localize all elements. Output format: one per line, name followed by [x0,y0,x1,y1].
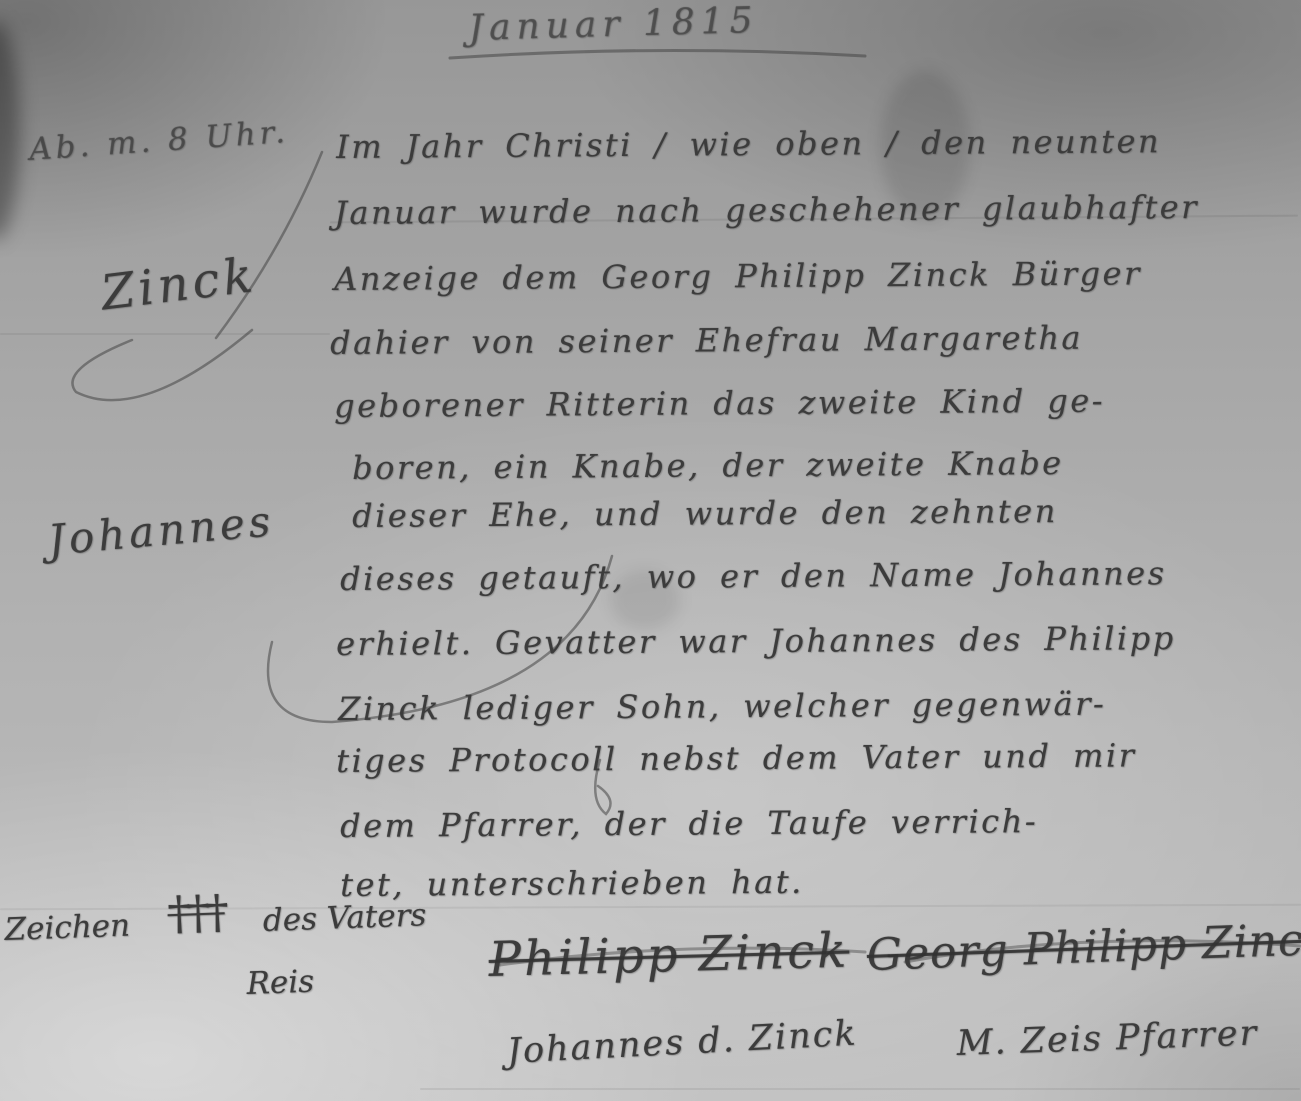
entry-line: boren, ein Knabe, der zweite Knabe [352,444,1064,487]
entry-line: Im Jahr Christi / wie oben / den neunten [336,122,1161,166]
entry-line: dem Pfarrer, der die Taufe verrich- [340,802,1038,845]
signature-godfather: Johannes d. Zinck [506,1014,859,1072]
margin-given-name: Johannes [46,496,276,565]
entry-line: geborener Ritterin das zweite Kind ge- [334,382,1105,425]
entry-line: erhielt. Gevatter war Johannes des Phili… [336,619,1176,663]
father-mark-note: Reis [246,964,315,1002]
scanned-register-page: Januar 1815 Ab. m. 8 Uhr. Zinck Johannes… [0,0,1301,1101]
entry-line: tiges Protocoll nebst dem Vater und mir [336,736,1137,780]
signature-pastor: M. Zeis Pfarrer [956,1013,1259,1064]
signature-father-full-struck: Georg Philipp Zinck [866,914,1301,981]
entry-line: Zinck lediger Sohn, welcher gegenwär- [338,685,1106,728]
entry-line: Januar wurde nach geschehener glaubhafte… [334,188,1199,232]
paper-shadow [0,20,20,240]
ruled-line [0,333,330,335]
signature-father-struck: Philipp Zinck [488,923,850,988]
entry-line: dieser Ehe, und wurde den zehnten [352,492,1058,535]
margin-surname: Zinck [98,247,259,322]
ruled-line [420,1088,1300,1090]
entry-line: dahier von seiner Ehefrau Margaretha [330,319,1083,362]
page-heading-month-year: Januar 1815 [468,0,759,49]
father-mark-of: des Vaters [262,897,427,939]
father-mark-crosses-icon: ††† [167,896,225,928]
father-mark-word: Zeichen [4,908,131,948]
father-mark-row: Zeichen ††† des Vaters [4,897,427,948]
entry-line: Anzeige dem Georg Philipp Zinck Bürger [334,254,1142,298]
margin-time-note: Ab. m. 8 Uhr. [28,114,290,168]
entry-line: dieses getauft, wo er den Name Johannes [340,554,1167,598]
